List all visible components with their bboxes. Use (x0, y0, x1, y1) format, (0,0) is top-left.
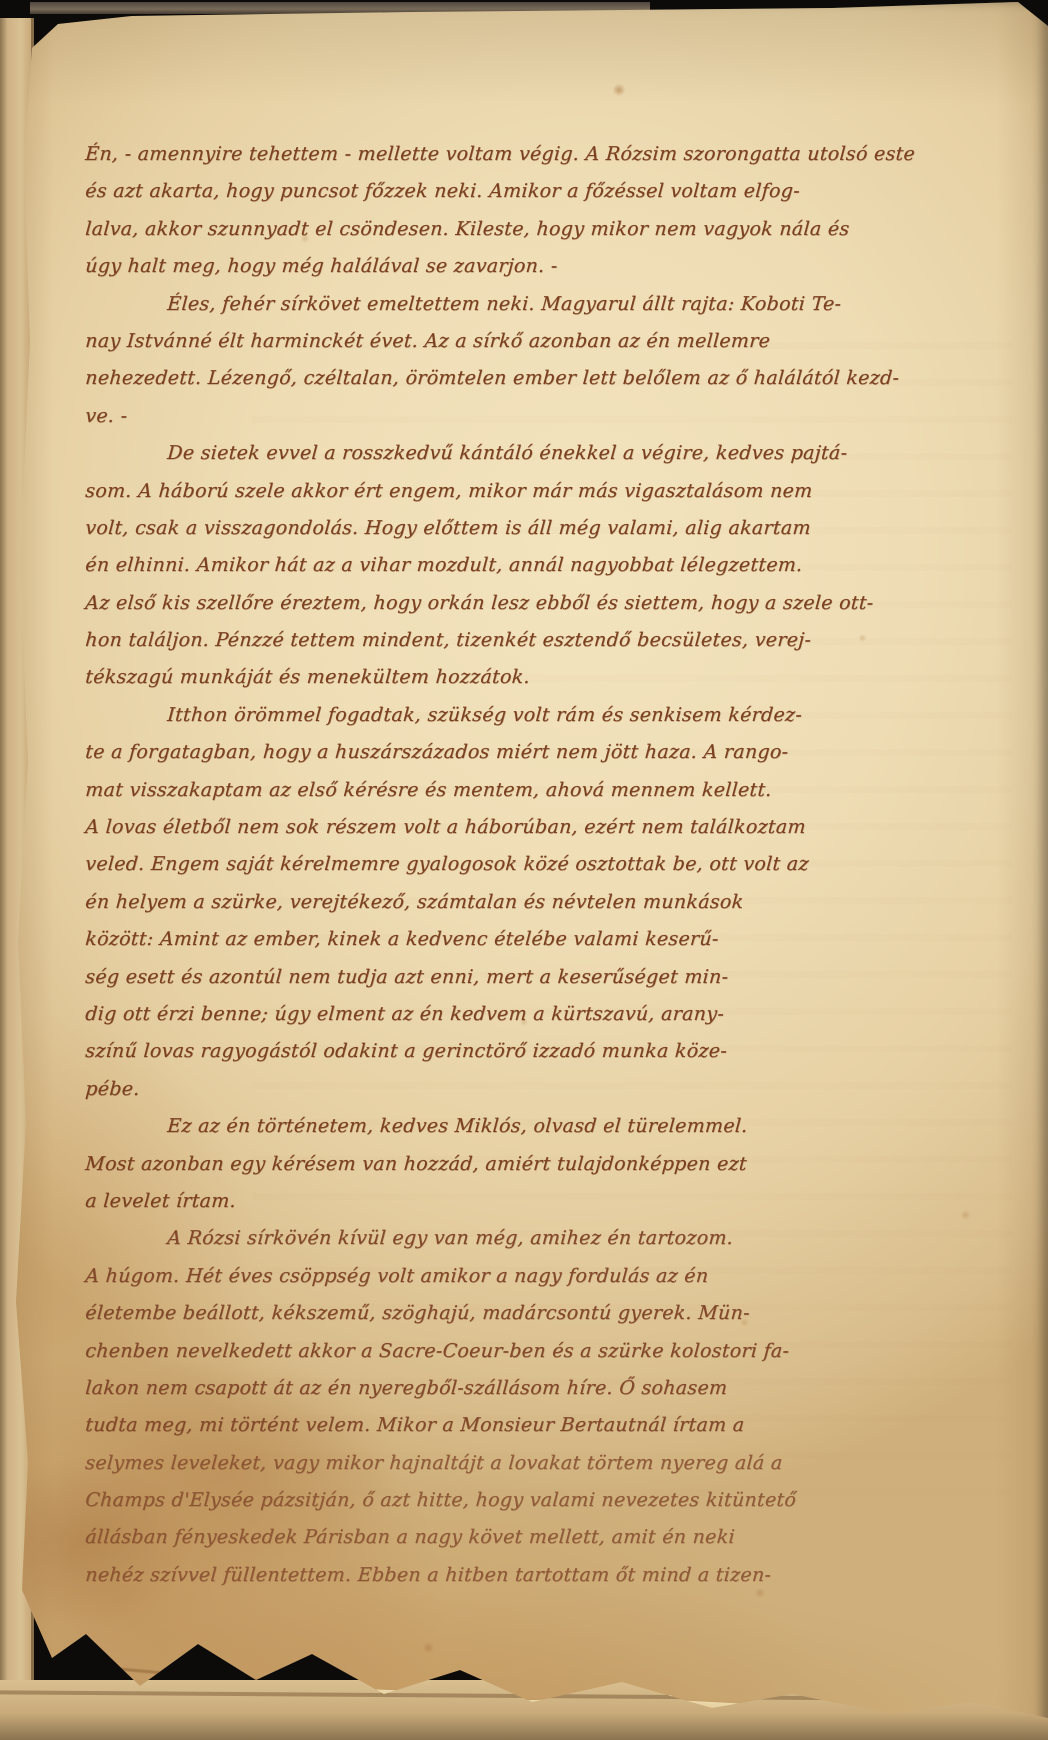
handwritten-line: hon találjon. Pénzzé tettem mindent, tiz… (84, 622, 967, 659)
handwritten-line: Éles, fehér sírkövet emeltettem neki. Ma… (84, 286, 967, 323)
handwritten-line: között: Amint az ember, kinek a kedvenc … (84, 921, 967, 958)
handwritten-line: Én, - amennyire tehettem - mellette volt… (84, 136, 967, 173)
handwritten-line: Most azonban egy kérésem van hozzád, ami… (84, 1146, 967, 1183)
handwritten-line: A lovas életből nem sok részem volt a há… (84, 809, 967, 846)
handwritten-line: én elhinni. Amikor hát az a vihar mozdul… (84, 547, 967, 584)
handwritten-line: úgy halt meg, hogy még halálával se zava… (84, 248, 967, 285)
handwritten-line: tékszagú munkáját és menekültem hozzátok… (84, 659, 967, 696)
handwritten-line: te a forgatagban, hogy a huszárszázados … (84, 734, 967, 771)
handwritten-line: nehezedett. Lézengő, czéltalan, örömtele… (84, 360, 967, 397)
handwritten-line: tudta meg, mi történt velem. Mikor a Mon… (84, 1407, 967, 1444)
handwritten-line: színű lovas ragyogástól odakint a gerinc… (84, 1033, 967, 1070)
handwritten-line: lakon nem csapott át az én nyeregből-szá… (84, 1370, 967, 1407)
manuscript-page: Én, - amennyire tehettem - mellette volt… (12, 2, 1048, 1728)
handwritten-line: Champs d'Elysée pázsitján, ő azt hitte, … (84, 1482, 967, 1519)
handwritten-line: nay Istvánné élt harminckét évet. Az a s… (84, 323, 967, 360)
handwritten-line: volt, csak a visszagondolás. Hogy előtte… (84, 510, 967, 547)
handwritten-line: Az első kis szellőre éreztem, hogy orkán… (84, 585, 967, 622)
handwritten-line: pébe. (84, 1071, 967, 1108)
handwritten-line: chenben nevelkedett akkor a Sacre-Coeur-… (84, 1333, 967, 1370)
handwritten-line: állásban fényeskedek Párisban a nagy köv… (84, 1519, 967, 1556)
handwritten-line: selymes leveleket, vagy mikor hajnaltájt… (84, 1445, 967, 1482)
handwritten-line: A Rózsi sírkövén kívül egy van még, amih… (84, 1220, 967, 1257)
handwritten-line: életembe beállott, kékszemű, szöghajú, m… (84, 1295, 967, 1332)
handwritten-line: dig ott érzi benne; úgy elment az én ked… (84, 996, 967, 1033)
handwritten-line: Itthon örömmel fogadtak, szükség volt rá… (84, 697, 967, 734)
handwritten-line: én helyem a szürke, verejtékező, számtal… (84, 884, 967, 921)
handwritten-line: és azt akarta, hogy puncsot főzzek neki.… (84, 173, 967, 210)
handwritten-line: veled. Engem saját kérelmemre gyalogosok… (84, 846, 967, 883)
handwritten-line: a levelet írtam. (84, 1183, 967, 1220)
handwritten-line: Ez az én történetem, kedves Miklós, olva… (84, 1108, 967, 1145)
handwritten-line: nehéz szívvel füllentettem. Ebben a hitb… (84, 1557, 967, 1594)
scanned-manuscript: Én, - amennyire tehettem - mellette volt… (0, 0, 1048, 1740)
handwritten-line: ség esett és azontúl nem tudja azt enni,… (84, 959, 967, 996)
handwritten-line: lalva, akkor szunnyadt el csöndesen. Kil… (84, 211, 967, 248)
handwritten-text: Én, - amennyire tehettem - mellette volt… (84, 136, 964, 1594)
handwritten-line: ve. - (84, 398, 967, 435)
handwritten-line: mat visszakaptam az első kérésre és ment… (84, 772, 967, 809)
handwritten-line: som. A háború szele akkor ért engem, mik… (84, 473, 967, 510)
handwritten-line: De sietek evvel a rosszkedvű kántáló éne… (84, 435, 967, 472)
foxing-spot (422, 1642, 435, 1653)
foxing-spot (612, 84, 626, 96)
handwritten-line: A húgom. Hét éves csöppség volt amikor a… (84, 1258, 967, 1295)
